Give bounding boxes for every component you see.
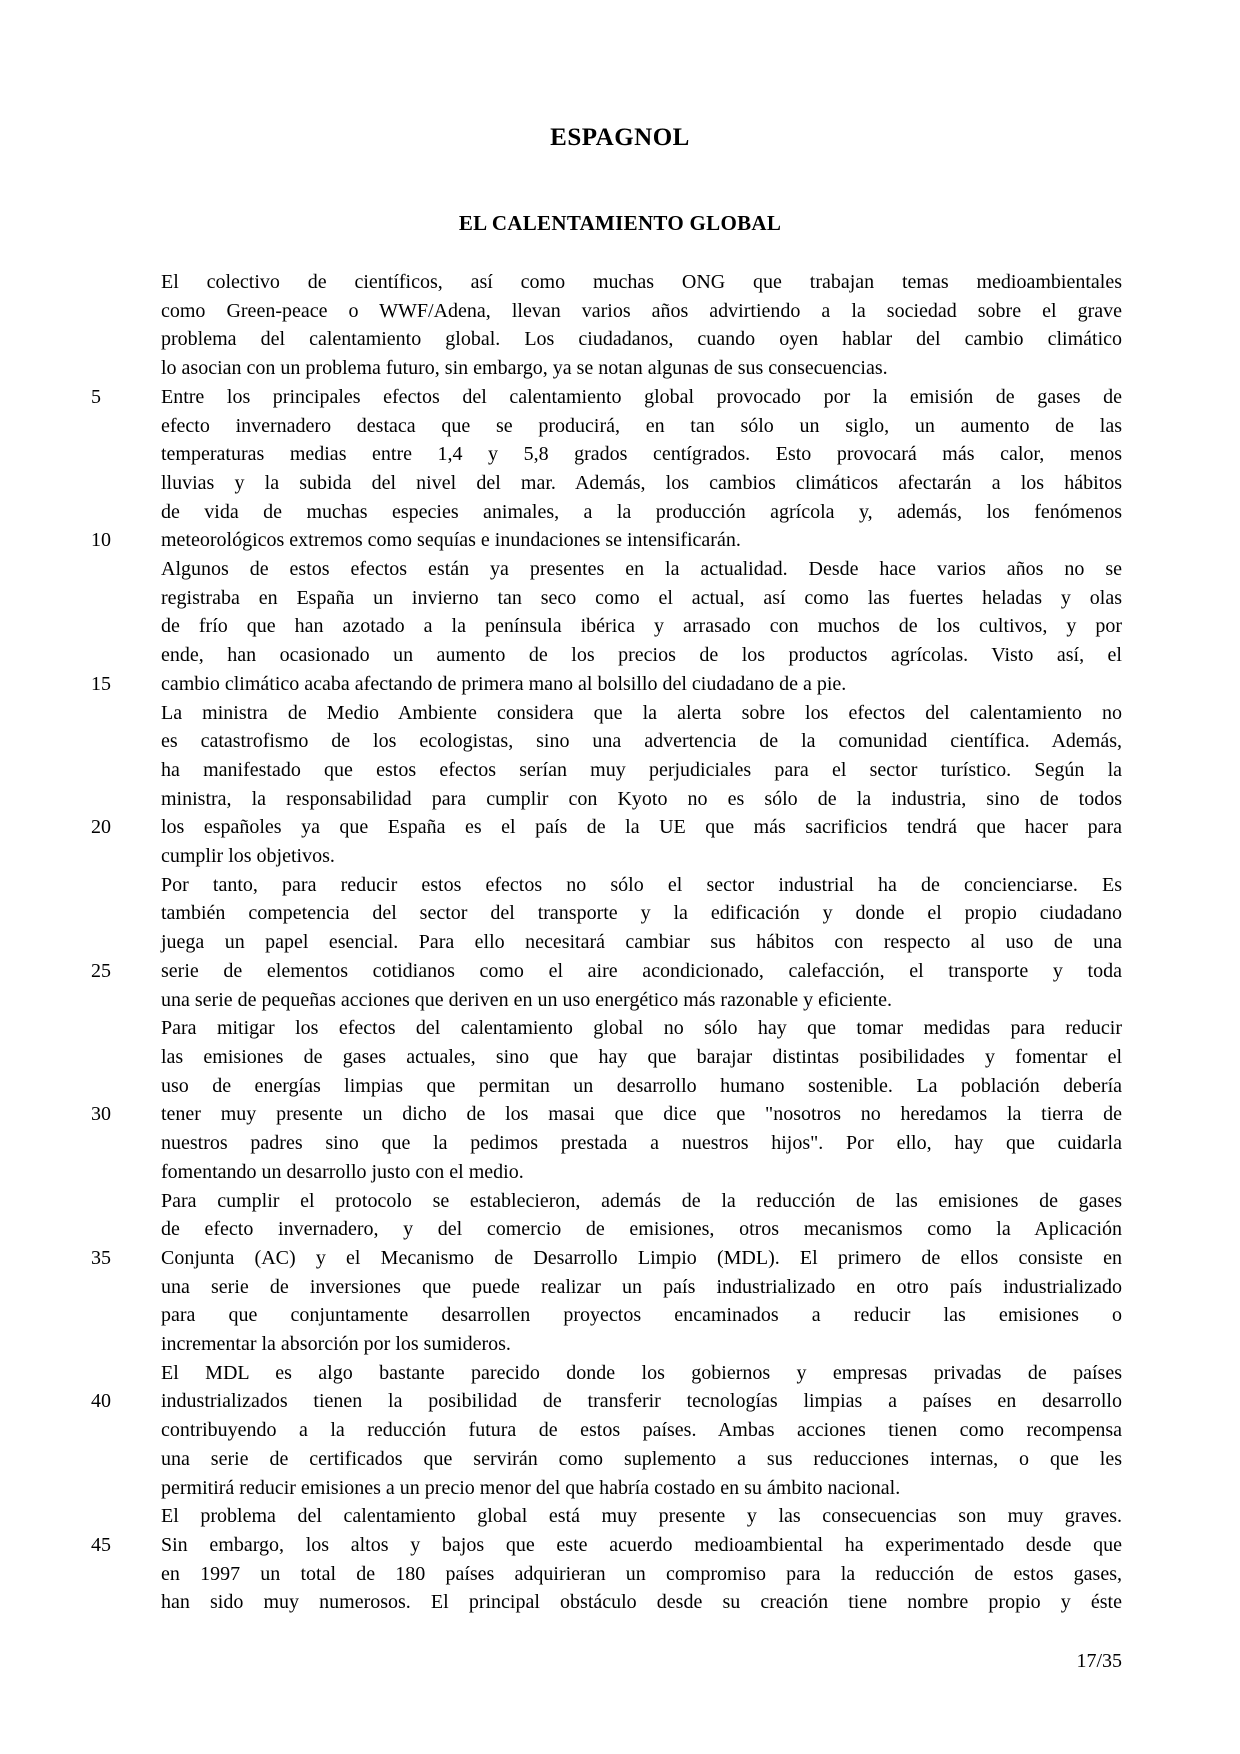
text-line: 40industrializados tienen la posibilidad…	[161, 1387, 1122, 1416]
text-line: 5Entre los principales efectos del calen…	[161, 383, 1122, 412]
text-line: efecto invernadero destaca que se produc…	[161, 412, 1122, 441]
text-line: cumplir los objetivos.	[161, 842, 1122, 871]
line-number: 25	[91, 957, 145, 986]
line-number: 45	[91, 1531, 145, 1560]
text-line: de frío que han azotado a la península i…	[161, 612, 1122, 641]
text-line: ministra, la responsabilidad para cumpli…	[161, 785, 1122, 814]
text-line: 30tener muy presente un dicho de los mas…	[161, 1100, 1122, 1129]
text-line: ende, han ocasionado un aumento de los p…	[161, 641, 1122, 670]
text-line: 10meteorológicos extremos como sequías e…	[161, 526, 1122, 555]
text-line: de vida de muchas especies animales, a l…	[161, 498, 1122, 527]
text-line: Para cumplir el protocolo se establecier…	[161, 1187, 1122, 1216]
text-line: en 1997 un total de 180 países adquirier…	[161, 1560, 1122, 1589]
text-line: 45Sin embargo, los altos y bajos que est…	[161, 1531, 1122, 1560]
text-line: permitirá reducir emisiones a un precio …	[161, 1474, 1122, 1503]
text-line: uso de energías limpias que permitan un …	[161, 1072, 1122, 1101]
text-line: como Green-peace o WWF/Adena, llevan var…	[161, 297, 1122, 326]
text-line: incrementar la absorción por los sumider…	[161, 1330, 1122, 1359]
line-number: 5	[91, 383, 145, 412]
text-line: una serie de pequeñas acciones que deriv…	[161, 986, 1122, 1015]
text-line: para que conjuntamente desarrollen proye…	[161, 1301, 1122, 1330]
text-line: Para mitigar los efectos del calentamien…	[161, 1014, 1122, 1043]
text-line: problema del calentamiento global. Los c…	[161, 325, 1122, 354]
text-line: lo asocian con un problema futuro, sin e…	[161, 354, 1122, 383]
text-line: han sido muy numerosos. El principal obs…	[161, 1588, 1122, 1617]
text-title: EL CALENTAMIENTO GLOBAL	[0, 211, 1240, 236]
text-line: de efecto invernadero, y del comercio de…	[161, 1215, 1122, 1244]
document-page: ESPAGNOL EL CALENTAMIENTO GLOBAL El cole…	[0, 0, 1240, 1754]
text-line: registraba en España un invierno tan sec…	[161, 584, 1122, 613]
line-number: 40	[91, 1387, 145, 1416]
text-line: Por tanto, para reducir estos efectos no…	[161, 871, 1122, 900]
line-number: 35	[91, 1244, 145, 1273]
page-title: ESPAGNOL	[0, 124, 1240, 152]
text-line: La ministra de Medio Ambiente considera …	[161, 699, 1122, 728]
text-line: contribuyendo a la reducción futura de e…	[161, 1416, 1122, 1445]
text-line: nuestros padres sino que la pedimos pres…	[161, 1129, 1122, 1158]
text-line: una serie de inversiones que puede reali…	[161, 1273, 1122, 1302]
line-number: 30	[91, 1100, 145, 1129]
line-number: 15	[91, 670, 145, 699]
text-line: Algunos de estos efectos están ya presen…	[161, 555, 1122, 584]
text-line: es catastrofismo de los ecologistas, sin…	[161, 727, 1122, 756]
text-line: 15cambio climático acaba afectando de pr…	[161, 670, 1122, 699]
text-line: El colectivo de científicos, así como mu…	[161, 268, 1122, 297]
text-line: temperaturas medias entre 1,4 y 5,8 grad…	[161, 440, 1122, 469]
text-line: 25serie de elementos cotidianos como el …	[161, 957, 1122, 986]
text-line: ha manifestado que estos efectos serían …	[161, 756, 1122, 785]
text-line: una serie de certificados que servirán c…	[161, 1445, 1122, 1474]
text-line: también competencia del sector del trans…	[161, 899, 1122, 928]
text-body: El colectivo de científicos, así como mu…	[161, 268, 1122, 1617]
line-number: 20	[91, 813, 145, 842]
text-line: 35Conjunta (AC) y el Mecanismo de Desarr…	[161, 1244, 1122, 1273]
page-number: 17/35	[1076, 1650, 1122, 1673]
text-line: lluvias y la subida del nivel del mar. A…	[161, 469, 1122, 498]
text-line: El problema del calentamiento global est…	[161, 1502, 1122, 1531]
text-line: 20los españoles ya que España es el país…	[161, 813, 1122, 842]
text-line: las emisiones de gases actuales, sino qu…	[161, 1043, 1122, 1072]
text-line: juega un papel esencial. Para ello neces…	[161, 928, 1122, 957]
line-number: 10	[91, 526, 145, 555]
text-line: fomentando un desarrollo justo con el me…	[161, 1158, 1122, 1187]
text-line: El MDL es algo bastante parecido donde l…	[161, 1359, 1122, 1388]
